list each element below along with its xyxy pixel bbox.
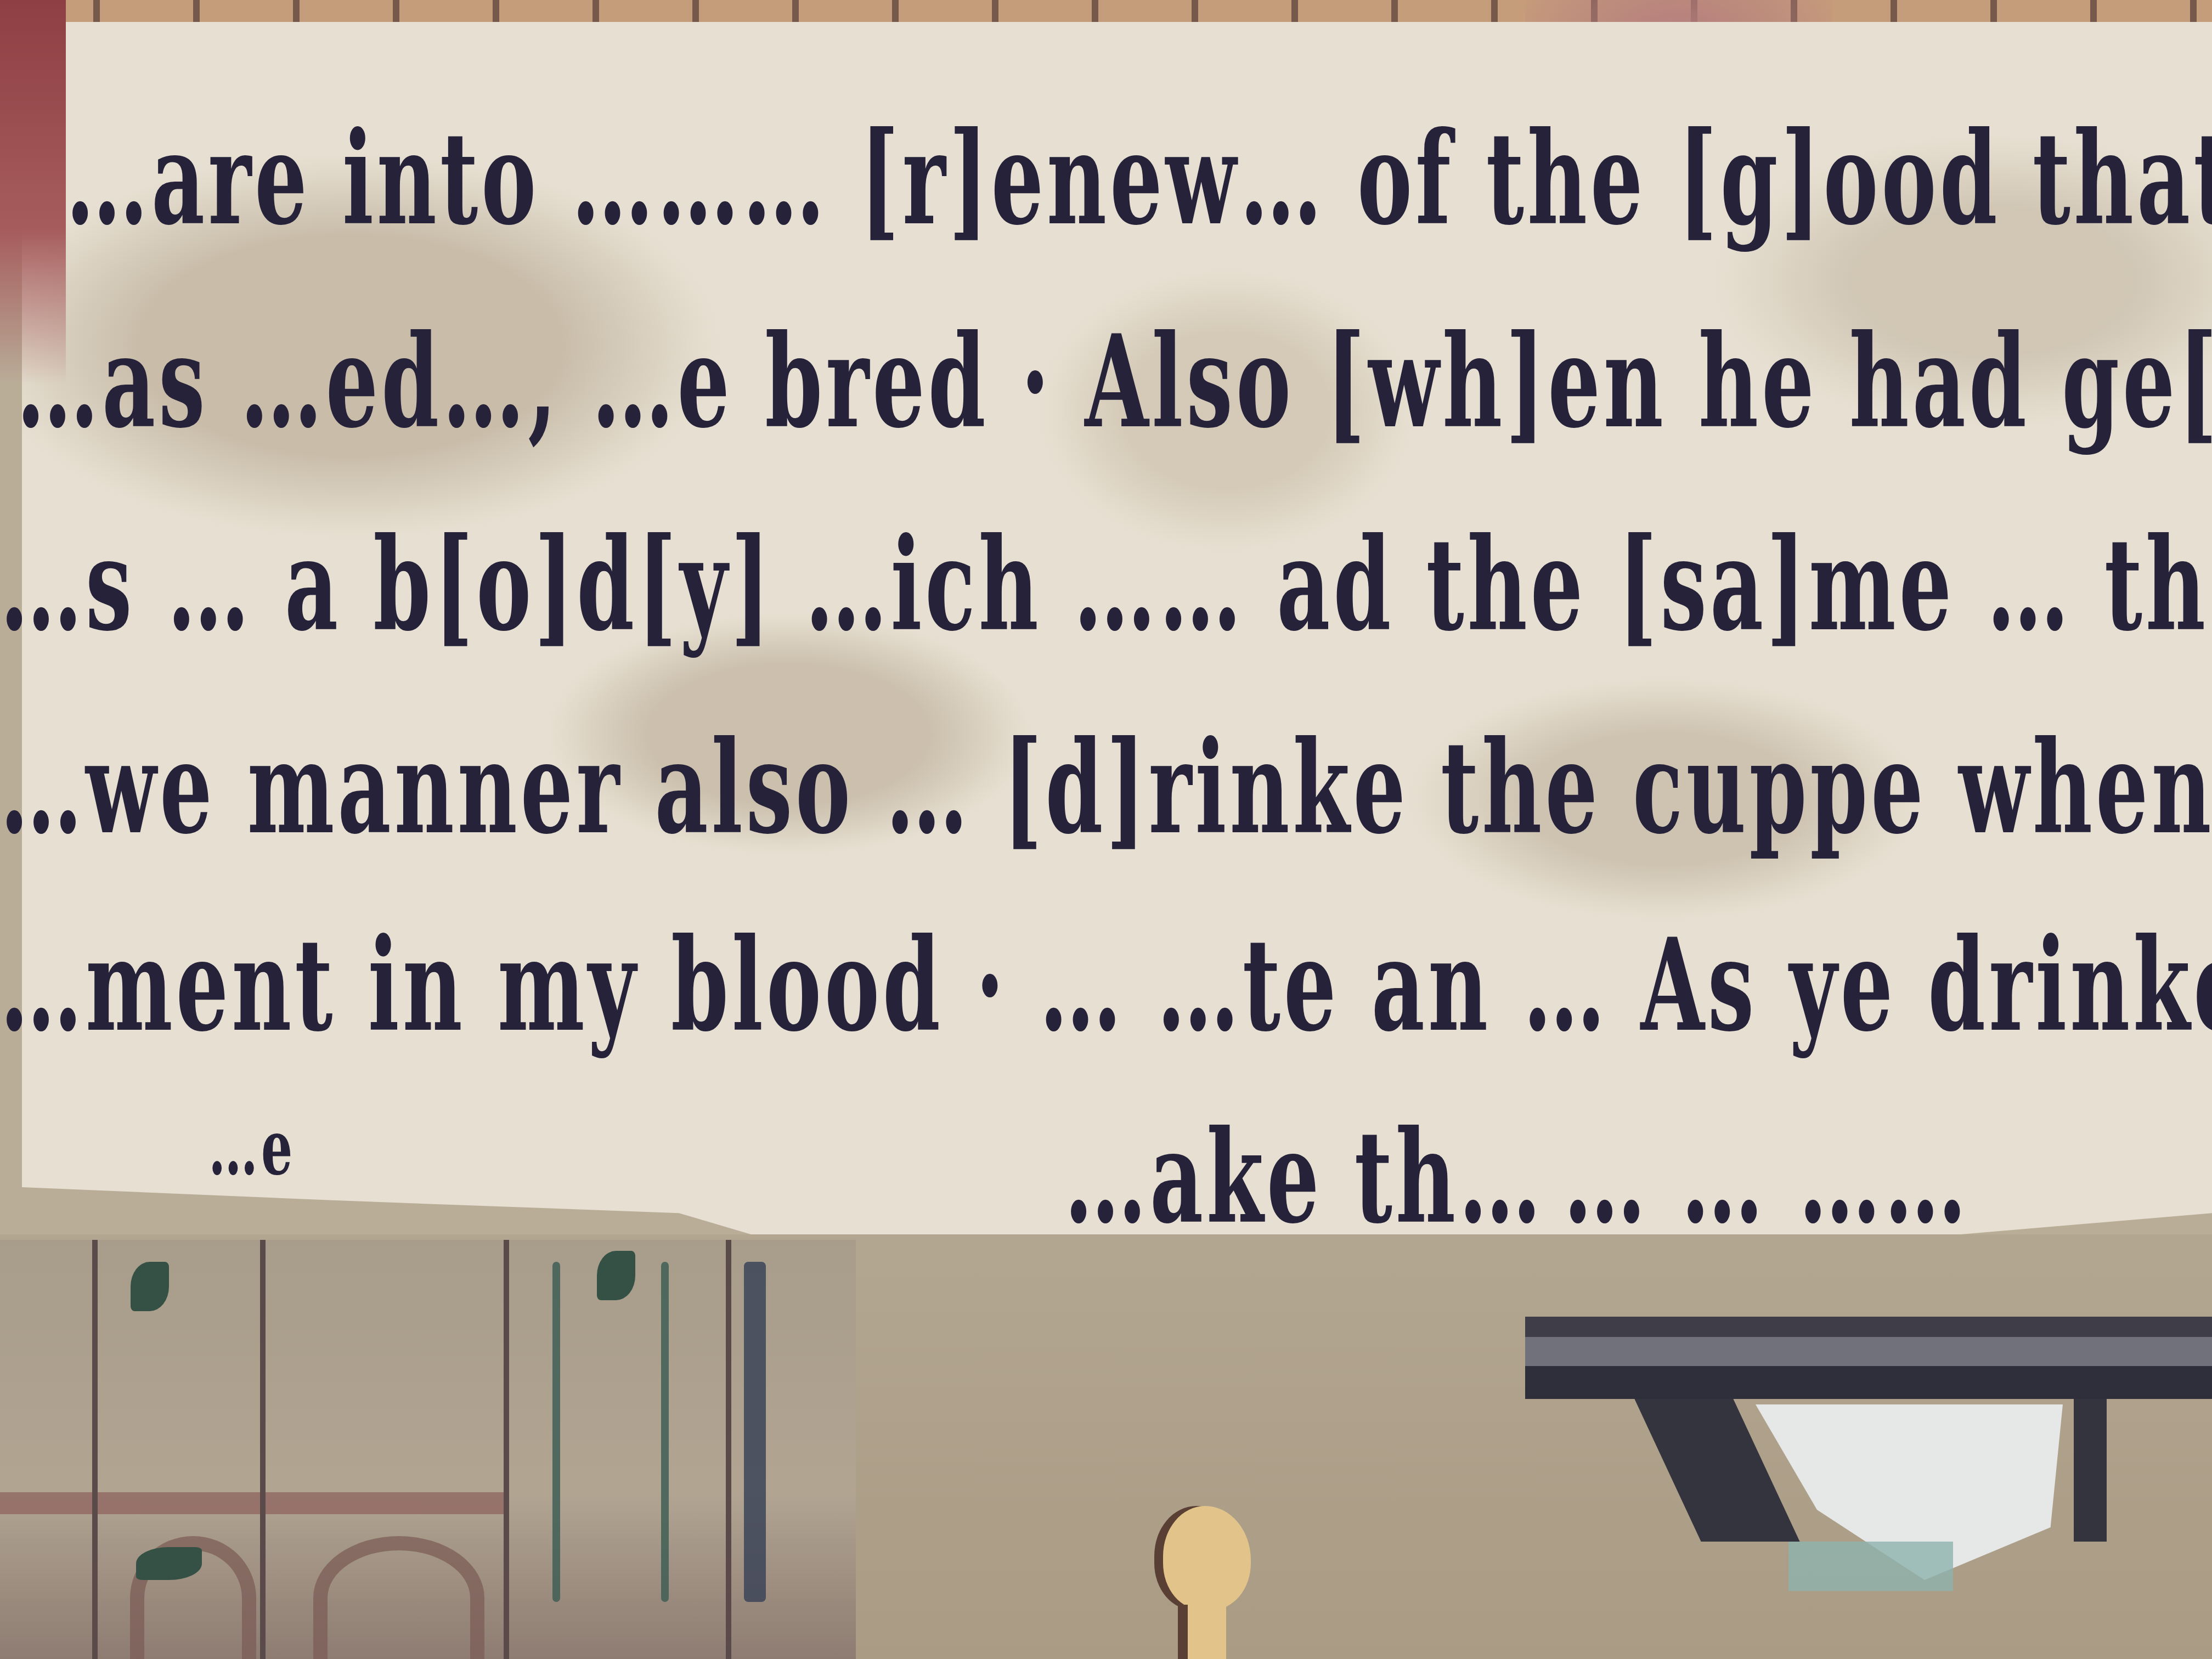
- vine-motif: [661, 1262, 669, 1602]
- inscription-line-4: …we manner also … [d]rinke the cuppe whe…: [0, 713, 2212, 863]
- inscription-line-6: …ake th…: [1064, 1103, 1544, 1252]
- painted-panel: [266, 1240, 509, 1659]
- leaf-motif: [131, 1262, 169, 1311]
- dark-pillar: [744, 1262, 766, 1602]
- teal-accent: [1788, 1542, 1953, 1591]
- leaf-motif: [597, 1251, 635, 1300]
- inscription-line-6-right: … … ……: [1564, 1103, 1970, 1252]
- gilded-finial: [1163, 1506, 1251, 1659]
- inscription-line-5: …ment in my blood · … …te an … As ye dri…: [0, 911, 2212, 1060]
- finial-head: [1163, 1506, 1251, 1610]
- painted-panel: [98, 1240, 266, 1659]
- finial-stem: [1188, 1605, 1226, 1659]
- painted-panel: [509, 1240, 731, 1659]
- leaf-motif: [136, 1547, 202, 1580]
- canopy-beam: [1525, 1317, 2212, 1399]
- painted-panel: [731, 1240, 856, 1659]
- painted-panel: [0, 1240, 98, 1659]
- canopy-fragment: [1525, 1306, 2212, 1591]
- vine-motif: [552, 1262, 560, 1602]
- painted-panels-left: [0, 1240, 856, 1659]
- inscription-line-1: …are into ……… [r]enew… of the [g]ood tha…: [66, 104, 2212, 254]
- wall-painting: …are into ……… [r]enew… of the [g]ood tha…: [0, 0, 2212, 1659]
- inscription-line-6-left: …e: [208, 1103, 296, 1193]
- canopy-support: [2074, 1399, 2107, 1542]
- inscription-line-2: …as …ed…, …e bred · Also [wh]en he had g…: [16, 307, 2212, 457]
- inscription-line-3: …s … a b[o]d[y] …ich …… ad the [sa]me … …: [0, 510, 2212, 660]
